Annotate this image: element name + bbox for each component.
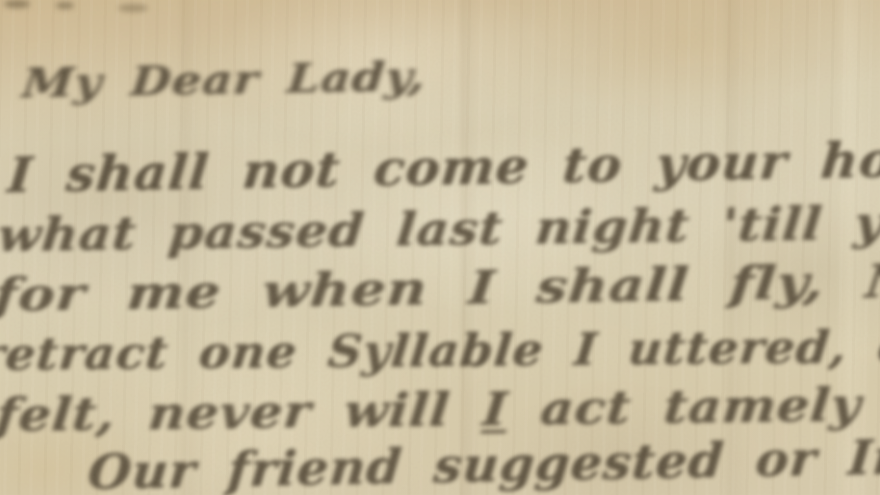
letter-line-4: retract one Syllable I uttered, or one w: [0, 322, 880, 377]
ink-speck: [4, 0, 30, 8]
letter-line-5-pre: felt, never will: [0, 382, 485, 442]
letter-salutation: My Dear Lady,: [20, 57, 427, 104]
handwritten-letter-photo: My Dear Lady, I shall not come to your h…: [0, 0, 880, 495]
ink-speck: [56, 2, 74, 9]
letter-line-2: what passed last night 'till you sen: [0, 197, 880, 258]
ink-speck: [118, 4, 148, 12]
letter-line-5: felt, never will I act tamely and s: [0, 379, 880, 438]
letter-line-5-post: act tamely and s: [505, 375, 880, 436]
